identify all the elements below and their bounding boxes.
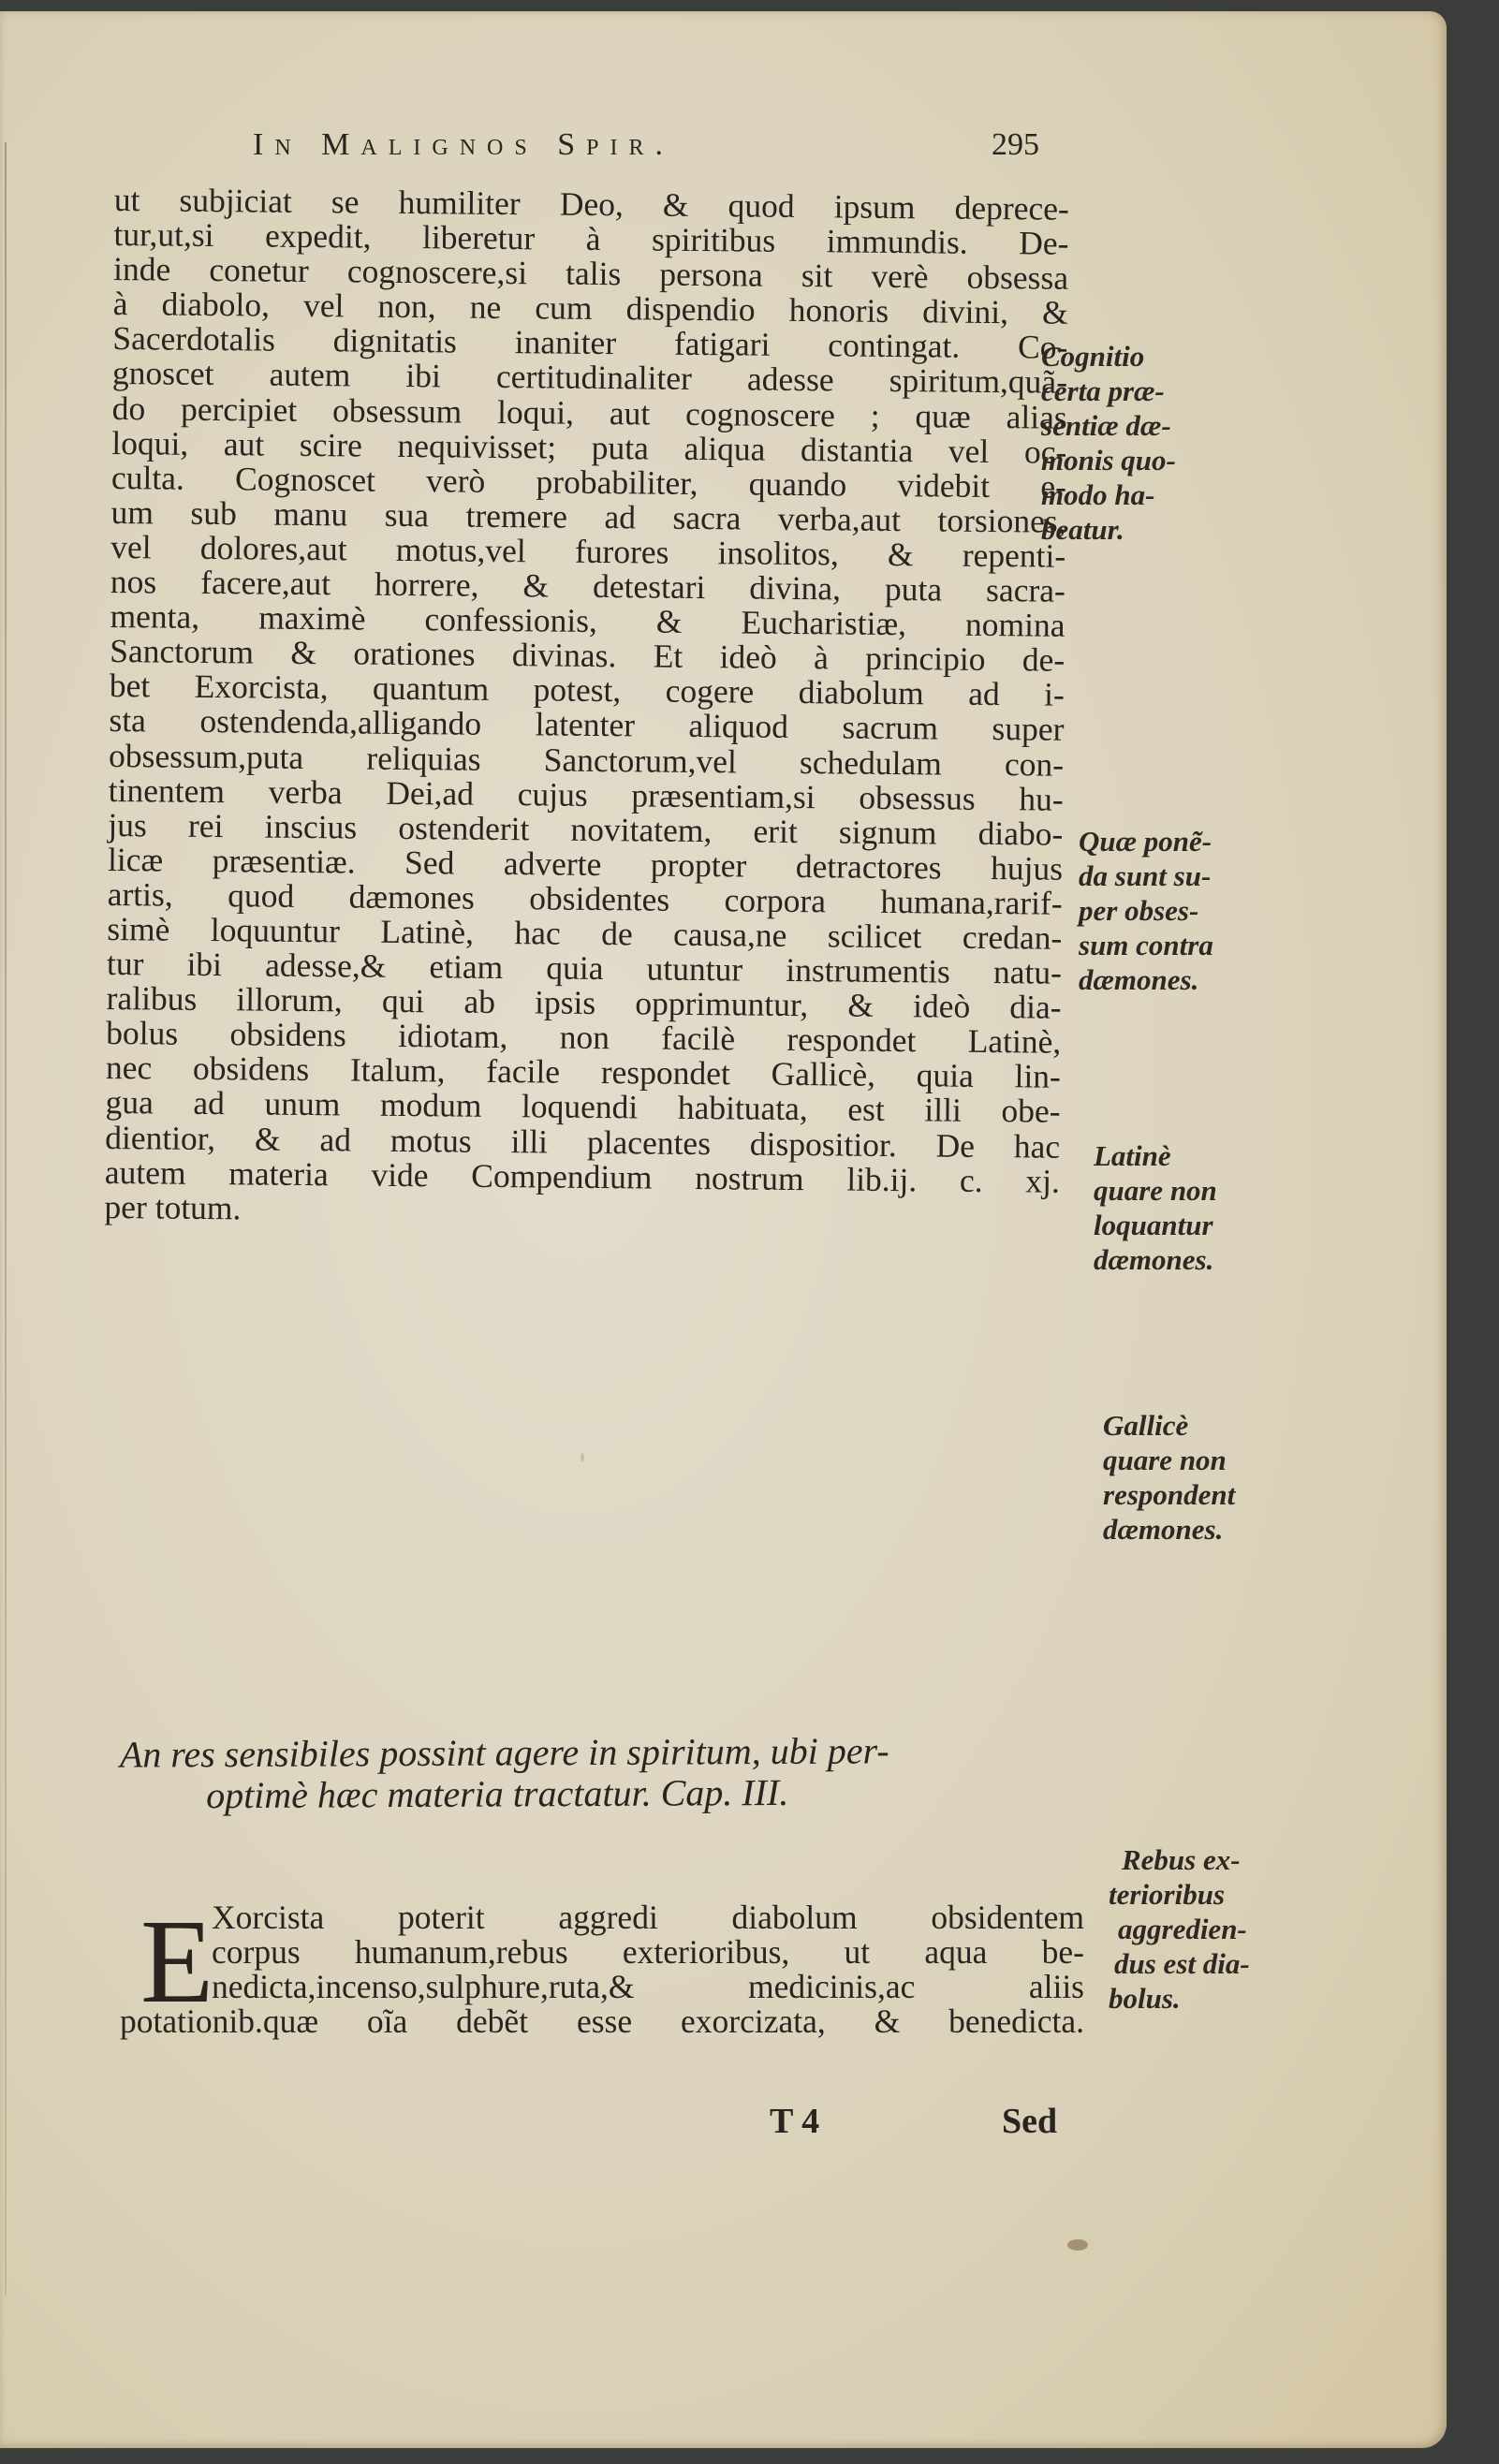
- running-head: In Malignos Spir. 295: [253, 127, 1039, 169]
- margin-note-line: Cognitio: [1041, 339, 1294, 374]
- margin-note-latine: Latinè quare non loquantur dæmones.: [1094, 1138, 1346, 1277]
- margin-note-line: modo ha-: [1041, 477, 1294, 512]
- margin-note-line: Quæ ponẽ-: [1079, 824, 1331, 858]
- margin-note-line: sum contra: [1079, 928, 1331, 962]
- margin-note-line: Gallicè: [1103, 1408, 1356, 1443]
- margin-note-rebus: Rebus ex- terioribus aggredien- dus est …: [1109, 1842, 1361, 2016]
- margin-note-line: quare non: [1094, 1173, 1346, 1208]
- margin-note-line: dæmones.: [1103, 1512, 1356, 1547]
- chapter-heading-line: optimè hæc materia tractatur. Cap. III.: [120, 1770, 1075, 1816]
- margin-note-line: beatur.: [1041, 512, 1294, 547]
- text-line: Xorcista poterit aggredi diabolum obside…: [120, 1900, 1084, 1935]
- gutter-edge: [5, 142, 7, 2295]
- margin-note-cognitio: Cognitio certa præ- sentiæ dæ- monis quo…: [1041, 339, 1294, 547]
- page-number: 295: [992, 127, 1039, 163]
- margin-note-line: terioribus: [1109, 1877, 1361, 1912]
- main-text-block: ut subjiciat se humiliter Deo, & quod ip…: [104, 183, 1069, 1234]
- chapter-heading: An res sensibiles possint agere in spiri…: [120, 1729, 1075, 1816]
- margin-note-quae-ponenda: Quæ ponẽ- da sunt su- per obses- sum con…: [1079, 824, 1331, 997]
- margin-note-line: dæmones.: [1079, 962, 1331, 997]
- margin-note-line: respondent: [1103, 1477, 1356, 1512]
- margin-note-line: quare non: [1103, 1443, 1356, 1477]
- margin-note-line: monis quo-: [1041, 443, 1294, 477]
- text-line: corpus humanum,rebus exterioribus, ut aq…: [120, 1935, 1084, 1970]
- drop-cap: E: [140, 1910, 213, 2013]
- signature-mark: T 4: [770, 2101, 819, 2142]
- margin-note-line: bolus.: [1109, 1981, 1361, 2016]
- catchword: Sed: [1002, 2101, 1057, 2142]
- chapter-text-block: E Xorcista poterit aggredi diabolum obsi…: [120, 1900, 1084, 2039]
- margin-note-line: dus est dia-: [1109, 1946, 1361, 1981]
- margin-note-gallice: Gallicè quare non respondent dæmones.: [1103, 1408, 1356, 1547]
- chapter-heading-line: An res sensibiles possint agere in spiri…: [120, 1729, 1075, 1775]
- margin-note-line: aggredien-: [1109, 1912, 1361, 1946]
- paper-stain: [1067, 2239, 1088, 2251]
- running-title: In Malignos Spir.: [253, 127, 674, 163]
- margin-note-line: loquantur: [1094, 1208, 1346, 1242]
- book-page: In Malignos Spir. 295 ut subjiciat se hu…: [0, 11, 1447, 2448]
- margin-note-line: dæmones.: [1094, 1242, 1346, 1277]
- paper-stain: [580, 1453, 584, 1462]
- margin-note-line: da sunt su-: [1079, 858, 1331, 893]
- text-line: potationib.quæ oĩa debẽt esse exorcizata…: [120, 2004, 1084, 2039]
- margin-note-line: sentiæ dæ-: [1041, 408, 1294, 443]
- text-line: nedicta,incenso,sulphure,ruta,& medicini…: [120, 1970, 1084, 2004]
- margin-note-line: Latinè: [1094, 1138, 1346, 1173]
- margin-note-line: per obses-: [1079, 893, 1331, 928]
- margin-note-line: certa præ-: [1041, 374, 1294, 408]
- margin-note-line: Rebus ex-: [1109, 1842, 1361, 1877]
